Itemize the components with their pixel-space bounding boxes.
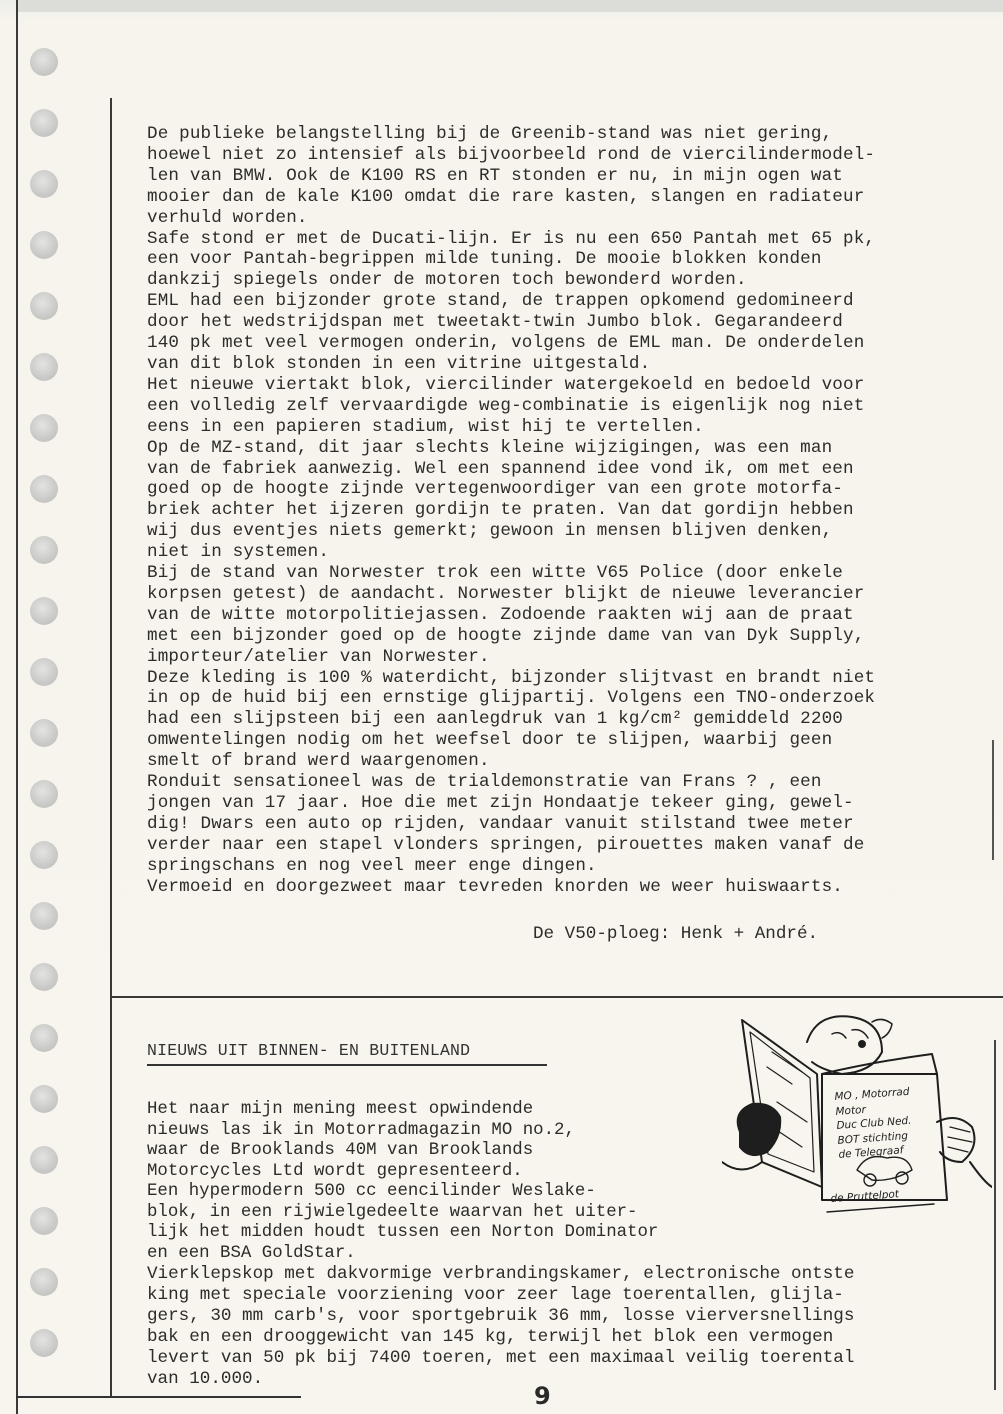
punch-hole-icon — [30, 109, 58, 137]
article-line: van de fabriek aanwezig. Wel een spannen… — [147, 459, 997, 480]
punch-hole-icon — [30, 536, 58, 564]
article-line: wij dus eventjes niets gemerkt; gewoon i… — [147, 521, 997, 542]
news-body-line: king met speciale voorziening voor zeer … — [147, 1285, 997, 1306]
punch-hole-icon — [30, 1268, 58, 1296]
punch-hole-icon — [30, 719, 58, 747]
article-body: De publieke belangstelling bij de Greeni… — [147, 124, 997, 898]
punch-hole-icon — [30, 1207, 58, 1235]
news-body-line: van 10.000. — [147, 1369, 997, 1390]
news-intro-line: en een BSA GoldStar. — [147, 1244, 747, 1265]
article-line: een volledig zelf vervaardigde weg-combi… — [147, 396, 997, 417]
punch-hole-icon — [30, 170, 58, 198]
section-heading-underline — [147, 1064, 547, 1066]
punch-hole-icon — [30, 48, 58, 76]
news-intro-line: Het naar mijn mening meest opwindende — [147, 1100, 747, 1121]
scan-top-edge — [18, 0, 1003, 12]
article-line: Bij de stand van Norwester trok een witt… — [147, 563, 997, 584]
news-intro-line: Een hypermodern 500 cc eencilinder Wesla… — [147, 1182, 747, 1203]
margin-rule — [110, 98, 112, 1398]
article-line: springschans en nog veel meer enge dinge… — [147, 856, 997, 877]
article-signature: De V50-ploeg: Henk + André. — [533, 924, 818, 944]
article-line: Deze kleding is 100 % waterdicht, bijzon… — [147, 668, 997, 689]
article-line: omwentelingen nodig om het weefsel door … — [147, 730, 997, 751]
news-intro: Het naar mijn mening meest opwindendenie… — [147, 1100, 747, 1264]
article-line: dig! Dwars een auto op rijden, vandaar v… — [147, 814, 997, 835]
section-divider — [112, 996, 1003, 998]
news-body-line: levert van 50 pk bij 7400 toeren, met ee… — [147, 1348, 997, 1369]
punch-hole-icon — [30, 414, 58, 442]
article-line: verhuld worden. — [147, 208, 997, 229]
article-line: Safe stond er met de Ducati-lijn. Er is … — [147, 229, 997, 250]
article-line: hoewel niet zo intensief als bijvoorbeel… — [147, 145, 997, 166]
article-line: importeur/atelier van Norwester. — [147, 647, 997, 668]
article-line: Op de MZ-stand, dit jaar slechts kleine … — [147, 438, 997, 459]
news-intro-line: waar de Brooklands 40M van Brooklands — [147, 1141, 747, 1162]
article-line: goed op de hoogte zijnde vertegenwoordig… — [147, 479, 997, 500]
article-line: met een bijzonder goed op de hoogte zijn… — [147, 626, 997, 647]
page-number: 9 — [534, 1382, 551, 1410]
article-line: dankzij spiegels onder de motoren toch b… — [147, 270, 997, 291]
punch-hole-icon — [30, 292, 58, 320]
punch-hole-icon — [30, 1146, 58, 1174]
news-body-line: Vierklepskop met dakvormige verbrandings… — [147, 1264, 997, 1285]
article-line: door het wedstrijdspan met tweetakt-twin… — [147, 312, 997, 333]
punch-hole-icon — [30, 902, 58, 930]
article-line: Het nieuwe viertakt blok, viercilinder w… — [147, 375, 997, 396]
punch-hole-icon — [30, 1329, 58, 1357]
article-line: in op de huid bij een ernstige glijparti… — [147, 688, 997, 709]
newspaper-headlines: MO , MotorradMotorDuc Club Ned.BOT stich… — [834, 1085, 914, 1163]
punch-hole-icon — [30, 1085, 58, 1113]
news-body-line: gers, 30 mm carb's, voor sportgebruik 36… — [147, 1306, 997, 1327]
article-line: Ronduit sensationeel was de trialdemonst… — [147, 772, 997, 793]
news-intro-line: nieuws las ik in Motorradmagazin MO no.2… — [147, 1121, 747, 1142]
scanned-page: De publieke belangstelling bij de Greeni… — [0, 0, 1003, 1414]
article-line: smelt of brand werd waargenomen. — [147, 751, 997, 772]
bottom-rule — [16, 1396, 301, 1398]
punch-hole-icon — [30, 841, 58, 869]
article-line: korpsen getest) de aandacht. Norwester b… — [147, 584, 997, 605]
article-line: verder naar een stapel vlonders springen… — [147, 835, 997, 856]
punch-hole-icon — [30, 963, 58, 991]
punch-hole-icon — [30, 1024, 58, 1052]
article-line: EML had een bijzonder grote stand, de tr… — [147, 291, 997, 312]
article-line: van de witte motorpolitiejassen. Zodoend… — [147, 605, 997, 626]
punch-hole-icon — [30, 475, 58, 503]
article-line: Vermoeid en doorgezweet maar tevreden kn… — [147, 877, 997, 898]
article-line: mooier dan de kale K100 omdat die rare k… — [147, 187, 997, 208]
article-line: len van BMW. Ook de K100 RS en RT stonde… — [147, 166, 997, 187]
article-line: jongen van 17 jaar. Hoe die met zijn Hon… — [147, 793, 997, 814]
news-intro-line: lijk het midden houdt tussen een Norton … — [147, 1223, 747, 1244]
punch-hole-icon — [30, 658, 58, 686]
article-line: briek achter het ijzeren gordijn te prat… — [147, 500, 997, 521]
news-body: Vierklepskop met dakvormige verbrandings… — [147, 1264, 997, 1389]
article-line: had een slijpsteen bij een aanlegdruk va… — [147, 709, 997, 730]
article-line: niet in systemen. — [147, 542, 997, 563]
news-intro-line: Motorcycles Ltd wordt gepresenteerd. — [147, 1162, 747, 1183]
news-intro-line: blok, in een rijwielgedeelte waarvan het… — [147, 1203, 747, 1224]
newspaper-reader-cartoon: MO , MotorradMotorDuc Club Ned.BOT stich… — [722, 1012, 992, 1217]
article-line: van dit blok stonden in een vitrine uitg… — [147, 354, 997, 375]
section-heading: NIEUWS UIT BINNEN- EN BUITENLAND — [147, 1041, 470, 1060]
page-left-edge — [16, 0, 18, 1414]
punch-hole-icon — [30, 353, 58, 381]
article-line: De publieke belangstelling bij de Greeni… — [147, 124, 997, 145]
news-body-line: bak en een drooggewicht van 145 kg, terw… — [147, 1327, 997, 1348]
article-line: eens in een papieren stadium, wist hij t… — [147, 417, 997, 438]
punch-hole-icon — [30, 780, 58, 808]
punch-hole-icon — [30, 231, 58, 259]
punch-hole-icon — [30, 597, 58, 625]
punch-holes — [30, 48, 64, 1390]
article-line: een voor Pantah-begrippen milde tuning. … — [147, 249, 997, 270]
article-line: 140 pk met veel vermogen onderin, volgen… — [147, 333, 997, 354]
